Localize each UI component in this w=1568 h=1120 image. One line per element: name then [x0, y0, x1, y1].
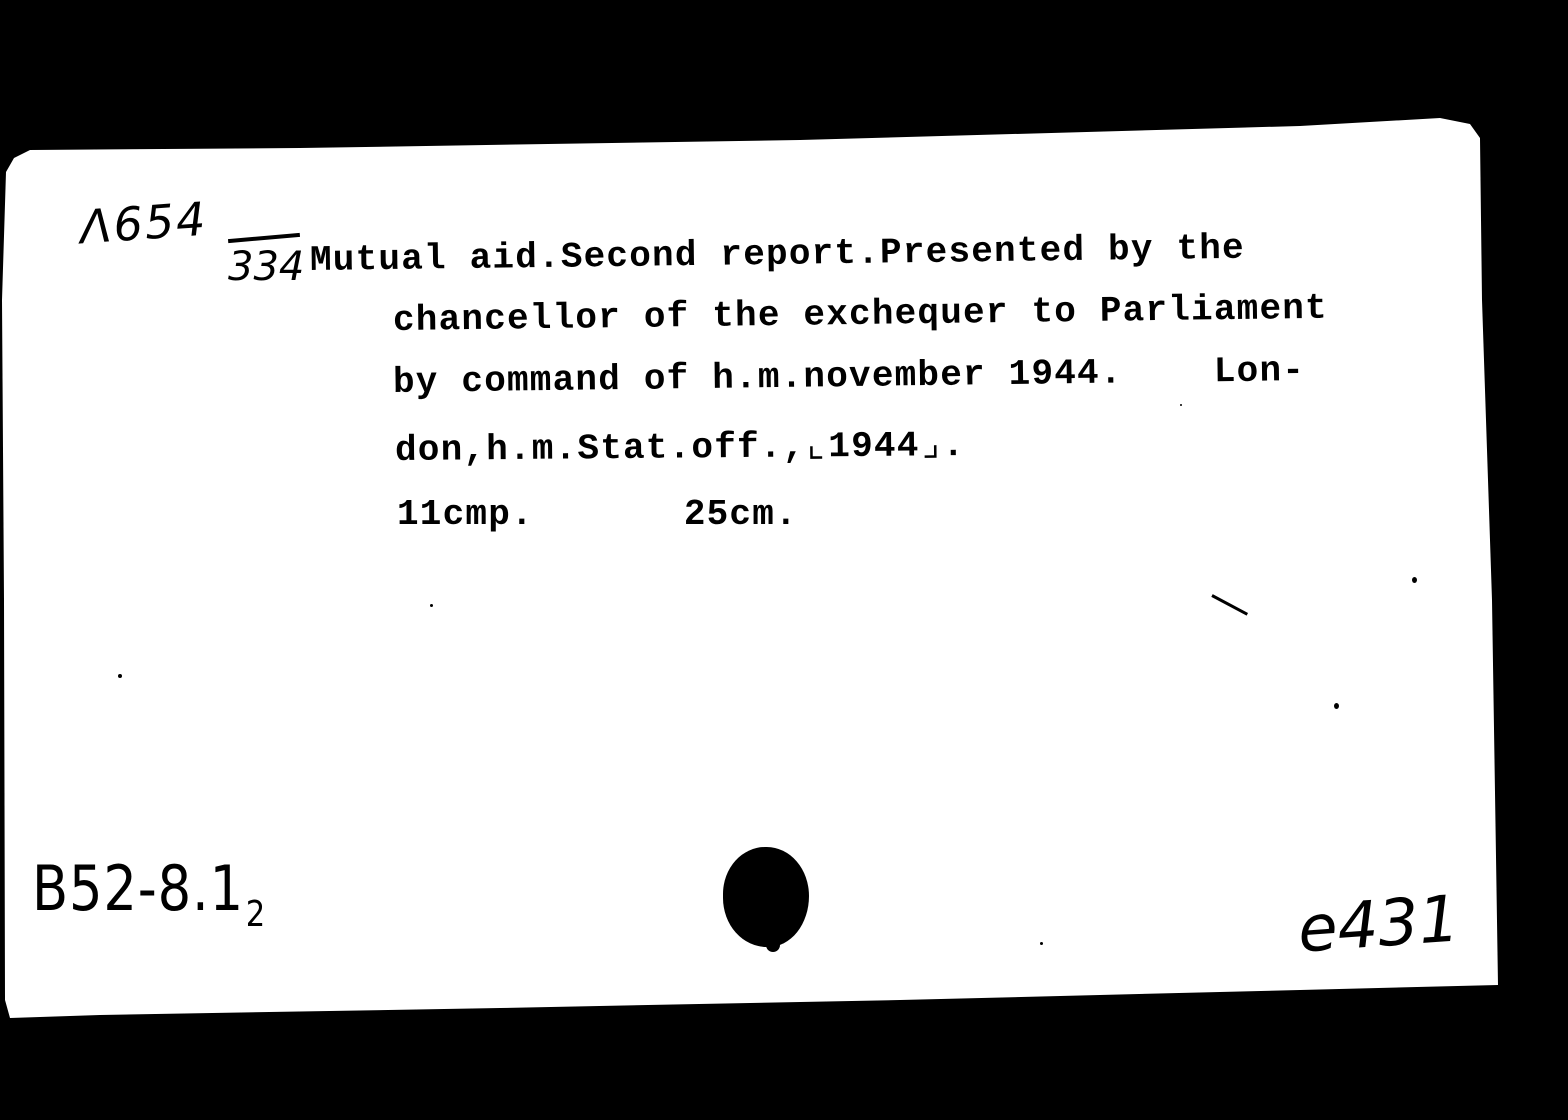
shelf-mark-main: B52-8.1 — [32, 852, 244, 925]
scan-speck — [430, 604, 433, 607]
entry-line-4: don,h.m.Stat.off.,⌞1944⌟. — [395, 423, 966, 471]
entry-line-1: Mutual aid.Second report.Presented by th… — [310, 228, 1245, 281]
entry-size: 25cm. — [684, 494, 798, 535]
scan-scratch — [1211, 594, 1248, 615]
punch-hole-tear — [766, 938, 780, 952]
call-number-fraction-rule — [228, 233, 300, 243]
punch-hole — [723, 847, 809, 947]
inventory-number: e431 — [1296, 882, 1462, 967]
shelf-mark-subscript: 2 — [246, 894, 266, 935]
entry-extent: 11cmp. — [397, 494, 534, 535]
call-number-sub: 334 — [228, 244, 304, 290]
scan-speck — [1180, 404, 1182, 406]
entry-line-2: chancellor of the exchequer to Parliamen… — [393, 288, 1328, 341]
call-number-main: Λ654 — [78, 192, 209, 255]
entry-line-3: by command of h.m.november 1944. Lon- — [393, 350, 1306, 403]
catalog-card: Λ654 334 Mutual aid.Second report.Presen… — [0, 0, 1568, 1120]
entry-physical-description: 11cmp.25cm. — [397, 494, 798, 535]
shelf-mark: B52-8.12 — [32, 852, 266, 925]
scan-speck — [1040, 942, 1043, 945]
scan-speck — [1412, 577, 1417, 583]
scan-speck — [1334, 703, 1339, 709]
scan-speck — [118, 674, 122, 678]
